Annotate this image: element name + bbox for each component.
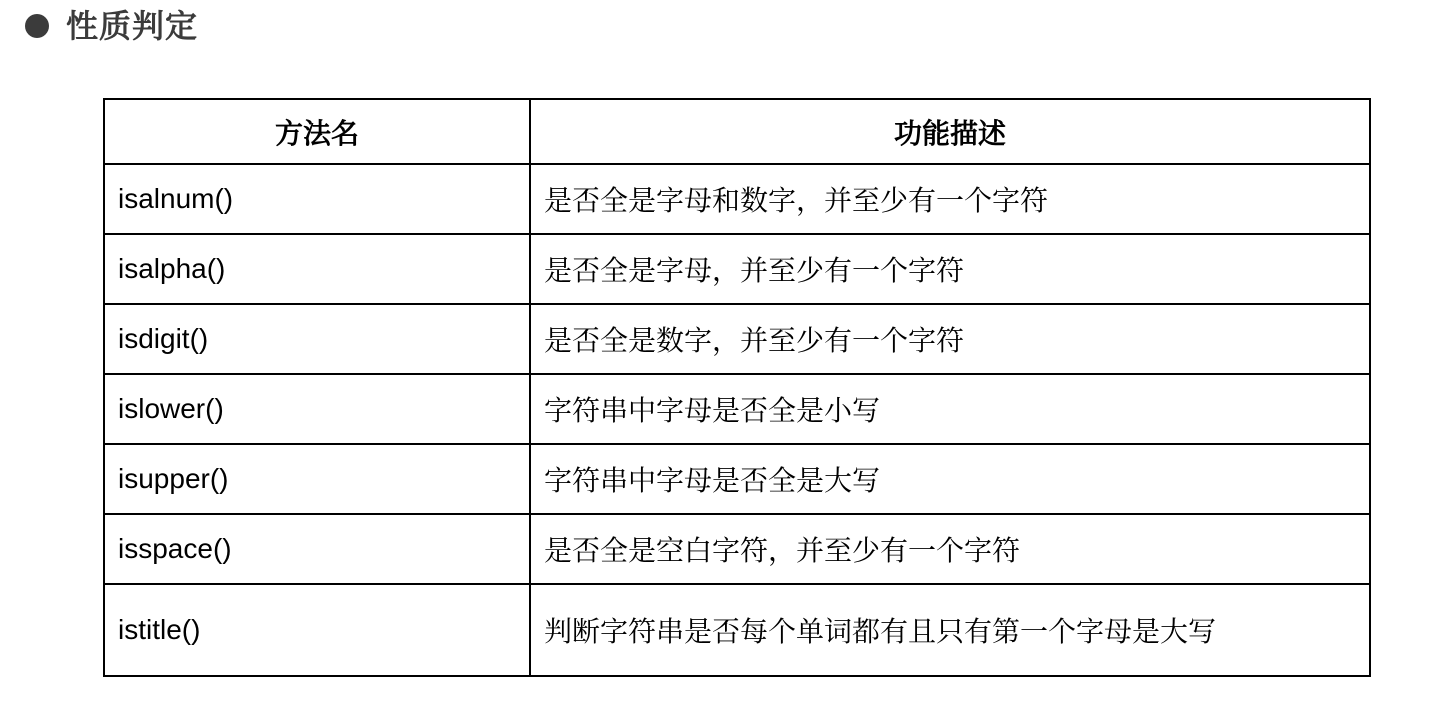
method-cell: isdigit()	[104, 304, 530, 374]
table-row: isspace() 是否全是空白字符，并至少有一个字符	[104, 514, 1370, 584]
method-column-header: 方法名	[104, 99, 530, 164]
table-header-row: 方法名 功能描述	[104, 99, 1370, 164]
method-cell: isupper()	[104, 444, 530, 514]
table-row: istitle() 判断字符串是否每个单词都有且只有第一个字母是大写	[104, 584, 1370, 676]
description-cell: 是否全是字母，并至少有一个字符	[530, 234, 1370, 304]
description-column-header: 功能描述	[530, 99, 1370, 164]
description-cell: 字符串中字母是否全是大写	[530, 444, 1370, 514]
table-row: isupper() 字符串中字母是否全是大写	[104, 444, 1370, 514]
description-cell: 字符串中字母是否全是小写	[530, 374, 1370, 444]
section-heading-text: 性质判定	[66, 6, 198, 46]
description-cell: 是否全是字母和数字，并至少有一个字符	[530, 164, 1370, 234]
table-row: isdigit() 是否全是数字，并至少有一个字符	[104, 304, 1370, 374]
method-cell: isspace()	[104, 514, 530, 584]
table-row: isalnum() 是否全是字母和数字，并至少有一个字符	[104, 164, 1370, 234]
methods-table-container: 方法名 功能描述 isalnum() 是否全是字母和数字，并至少有一个字符 is…	[103, 98, 1371, 677]
table-row: islower() 字符串中字母是否全是小写	[104, 374, 1370, 444]
method-cell: isalpha()	[104, 234, 530, 304]
method-cell: istitle()	[104, 584, 530, 676]
bullet-icon	[25, 14, 49, 38]
description-cell: 是否全是数字，并至少有一个字符	[530, 304, 1370, 374]
description-cell: 是否全是空白字符，并至少有一个字符	[530, 514, 1370, 584]
section-heading: 性质判定	[25, 6, 198, 46]
methods-table: 方法名 功能描述 isalnum() 是否全是字母和数字，并至少有一个字符 is…	[103, 98, 1371, 677]
method-cell: islower()	[104, 374, 530, 444]
method-cell: isalnum()	[104, 164, 530, 234]
description-cell: 判断字符串是否每个单词都有且只有第一个字母是大写	[530, 584, 1370, 676]
table-row: isalpha() 是否全是字母，并至少有一个字符	[104, 234, 1370, 304]
page: 性质判定 方法名 功能描述 isalnum() 是否全是字母和数字，并至少有一个…	[0, 0, 1442, 702]
